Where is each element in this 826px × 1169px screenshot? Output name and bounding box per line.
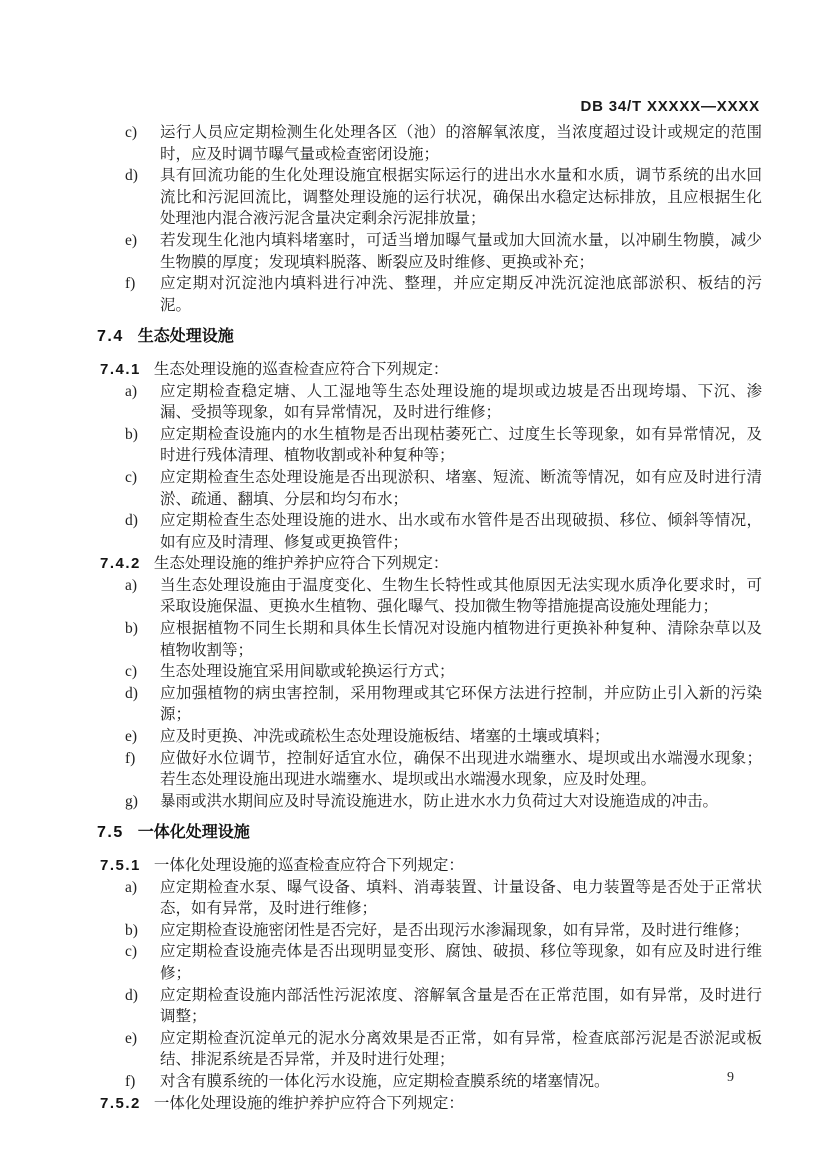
section-number: 7.5 bbox=[97, 824, 124, 841]
list-item: e) 应定期检查沉淀单元的泥水分离效果是否正常，如有异常，检查底部污泥是否淤泥或… bbox=[100, 1028, 762, 1071]
list-item-text: 具有回流功能的生化处理设施宜根据实际运行的进出水水量和水质，调节系统的出水回流比… bbox=[160, 167, 762, 227]
list-item-text: 应定期检查生态处理设施的进水、出水或布水管件是否出现破损、移位、倾斜等情况，如有… bbox=[160, 512, 762, 551]
list-item: f) 应定期对沉淀池内填料进行冲洗、整理，并应定期反冲洗沉淀池底部淤积、板结的污… bbox=[100, 273, 762, 316]
clause: 7.4.1生态处理设施的巡查检查应符合下列规定： bbox=[100, 359, 762, 381]
page-number: 9 bbox=[727, 1070, 734, 1086]
clause-text: 一体化处理设施的巡查检查应符合下列规定： bbox=[154, 857, 464, 874]
list-item-label: d) bbox=[125, 985, 138, 1007]
list-item-label: d) bbox=[125, 510, 138, 532]
list-item-text: 应定期检查生态处理设施是否出现淤积、堵塞、短流、断流等情况，如有应及时进行清淤、… bbox=[160, 469, 762, 508]
section-heading: 7.4生态处理设施 bbox=[97, 326, 762, 348]
list-item: f) 对含有膜系统的一体化污水设施，应定期检查膜系统的堵塞情况。 bbox=[100, 1071, 762, 1093]
list-item-label: d) bbox=[125, 683, 138, 705]
document-page: DB 34/T XXXXX—XXXX c) 运行人员应定期检测生化处理各区（池）… bbox=[0, 0, 826, 1169]
list-item-text: 应根据植物不同生长期和具体生长情况对设施内植物进行更换补种复种、清除杂草以及植物… bbox=[160, 620, 762, 659]
clause: 7.5.2一体化处理设施的维护养护应符合下列规定： bbox=[100, 1093, 762, 1115]
list-item: a) 应定期检查水泵、曝气设备、填料、消毒装置、计量设备、电力装置等是否处于正常… bbox=[100, 877, 762, 920]
list-item-text: 应定期检查沉淀单元的泥水分离效果是否正常，如有异常，检查底部污泥是否淤泥或板结、… bbox=[160, 1030, 762, 1069]
section-heading: 7.5一体化处理设施 bbox=[97, 822, 762, 844]
list-item-label: e) bbox=[125, 726, 137, 748]
list-item-label: c) bbox=[125, 661, 137, 683]
list-item-label: f) bbox=[125, 273, 135, 295]
list-item-text: 应定期检查设施壳体是否出现明显变形、腐蚀、破损、移位等现象，如有应及时进行维修； bbox=[160, 943, 762, 982]
document-content: c) 运行人员应定期检测生化处理各区（池）的溶解氧浓度，当浓度超过设计或规定的范… bbox=[100, 122, 762, 1114]
list-item-label: f) bbox=[125, 1071, 135, 1093]
list-item: b) 应定期检查设施密闭性是否完好，是否出现污水渗漏现象，如有异常，及时进行维修… bbox=[100, 920, 762, 942]
list-item-label: c) bbox=[125, 122, 137, 144]
list-item: e) 若发现生化池内填料堵塞时，可适当增加曝气量或加大回流水量，以冲刷生物膜，减… bbox=[100, 230, 762, 273]
document-header: DB 34/T XXXXX—XXXX bbox=[581, 98, 760, 115]
list-item-label: a) bbox=[125, 877, 137, 899]
list-item: a) 应定期检查稳定塘、人工湿地等生态处理设施的堤坝或边坡是否出现垮塌、下沉、渗… bbox=[100, 381, 762, 424]
list-item-label: c) bbox=[125, 941, 137, 963]
list-item-label: b) bbox=[125, 424, 138, 446]
list-item-label: b) bbox=[125, 920, 138, 942]
list-item-label: b) bbox=[125, 618, 138, 640]
doc-code: DB 34/T XXXXX—XXXX bbox=[581, 98, 760, 115]
list-item-label: e) bbox=[125, 230, 137, 252]
list-item-text: 应定期检查水泵、曝气设备、填料、消毒装置、计量设备、电力装置等是否处于正常状态，… bbox=[160, 879, 762, 918]
list-item-label: d) bbox=[125, 165, 138, 187]
list-item: c) 应定期检查设施壳体是否出现明显变形、腐蚀、破损、移位等现象，如有应及时进行… bbox=[100, 941, 762, 984]
list-item-text: 生态处理设施宜采用间歇或轮换运行方式； bbox=[160, 663, 455, 680]
list-item-label: c) bbox=[125, 467, 137, 489]
list-item-text: 对含有膜系统的一体化污水设施，应定期检查膜系统的堵塞情况。 bbox=[160, 1073, 610, 1090]
list-item-text: 若发现生化池内填料堵塞时，可适当增加曝气量或加大回流水量，以冲刷生物膜，减少生物… bbox=[160, 232, 762, 271]
list-item: e) 应及时更换、冲洗或疏松生态处理设施板结、堵塞的土壤或填料； bbox=[100, 726, 762, 748]
clause-number: 7.4.1 bbox=[100, 361, 141, 378]
list-item: d) 应定期检查设施内部活性污泥浓度、溶解氧含量是否在正常范围，如有异常，及时进… bbox=[100, 985, 762, 1028]
list-item-text: 应定期检查稳定塘、人工湿地等生态处理设施的堤坝或边坡是否出现垮塌、下沉、渗漏、受… bbox=[160, 383, 762, 422]
section-title: 一体化处理设施 bbox=[138, 824, 250, 841]
list-item-label: a) bbox=[125, 575, 137, 597]
list-item: a) 当生态处理设施由于温度变化、生物生长特性或其他原因无法实现水质净化要求时，… bbox=[100, 575, 762, 618]
list-item-text: 应定期检查设施内部活性污泥浓度、溶解氧含量是否在正常范围，如有异常，及时进行调整… bbox=[160, 987, 762, 1026]
section-number: 7.4 bbox=[97, 328, 124, 345]
clause-text: 生态处理设施的维护养护应符合下列规定： bbox=[154, 555, 449, 572]
list-item-label: e) bbox=[125, 1028, 137, 1050]
list-item: d) 应定期检查生态处理设施的进水、出水或布水管件是否出现破损、移位、倾斜等情况… bbox=[100, 510, 762, 553]
clause-text: 一体化处理设施的维护养护应符合下列规定： bbox=[154, 1095, 464, 1112]
list-item: c) 运行人员应定期检测生化处理各区（池）的溶解氧浓度，当浓度超过设计或规定的范… bbox=[100, 122, 762, 165]
list-item: f) 应做好水位调节，控制好适宜水位，确保不出现进水端壅水、堤坝或出水端漫水现象… bbox=[100, 748, 762, 791]
clause: 7.4.2生态处理设施的维护养护应符合下列规定： bbox=[100, 553, 762, 575]
list-item-text: 应定期检查设施密闭性是否完好，是否出现污水渗漏现象，如有异常，及时进行维修； bbox=[160, 922, 749, 939]
list-item-text: 应及时更换、冲洗或疏松生态处理设施板结、堵塞的土壤或填料； bbox=[160, 728, 610, 745]
list-item-label: g) bbox=[125, 791, 138, 813]
list-item-text: 应定期对沉淀池内填料进行冲洗、整理，并应定期反冲洗沉淀池底部淤积、板结的污泥。 bbox=[160, 275, 762, 314]
list-item: d) 应加强植物的病虫害控制，采用物理或其它环保方法进行控制，并应防止引入新的污… bbox=[100, 683, 762, 726]
clause-number: 7.4.2 bbox=[100, 555, 141, 572]
list-item-text: 应加强植物的病虫害控制，采用物理或其它环保方法进行控制，并应防止引入新的污染源； bbox=[160, 685, 762, 724]
section-title: 生态处理设施 bbox=[138, 328, 234, 345]
list-item: c) 生态处理设施宜采用间歇或轮换运行方式； bbox=[100, 661, 762, 683]
list-item-text: 暴雨或洪水期间应及时导流设施进水，防止进水水力负荷过大对设施造成的冲击。 bbox=[160, 793, 718, 810]
list-item-text: 应做好水位调节，控制好适宜水位，确保不出现进水端壅水、堤坝或出水端漫水现象；若生… bbox=[160, 750, 762, 789]
list-item-label: f) bbox=[125, 748, 135, 770]
list-item: g) 暴雨或洪水期间应及时导流设施进水，防止进水水力负荷过大对设施造成的冲击。 bbox=[100, 791, 762, 813]
list-item-label: a) bbox=[125, 381, 137, 403]
list-item-text: 应定期检查设施内的水生植物是否出现枯萎死亡、过度生长等现象，如有异常情况，及时进… bbox=[160, 426, 762, 465]
clause-text: 生态处理设施的巡查检查应符合下列规定： bbox=[154, 361, 449, 378]
clause: 7.5.1一体化处理设施的巡查检查应符合下列规定： bbox=[100, 855, 762, 877]
list-item-text: 运行人员应定期检测生化处理各区（池）的溶解氧浓度，当浓度超过设计或规定的范围时，… bbox=[160, 124, 762, 163]
list-item: d) 具有回流功能的生化处理设施宜根据实际运行的进出水水量和水质，调节系统的出水… bbox=[100, 165, 762, 230]
clause-number: 7.5.1 bbox=[100, 857, 141, 874]
list-item: c) 应定期检查生态处理设施是否出现淤积、堵塞、短流、断流等情况，如有应及时进行… bbox=[100, 467, 762, 510]
list-item: b) 应定期检查设施内的水生植物是否出现枯萎死亡、过度生长等现象，如有异常情况，… bbox=[100, 424, 762, 467]
list-item-text: 当生态处理设施由于温度变化、生物生长特性或其他原因无法实现水质净化要求时，可采取… bbox=[160, 577, 762, 616]
list-item: b) 应根据植物不同生长期和具体生长情况对设施内植物进行更换补种复种、清除杂草以… bbox=[100, 618, 762, 661]
clause-number: 7.5.2 bbox=[100, 1095, 141, 1112]
